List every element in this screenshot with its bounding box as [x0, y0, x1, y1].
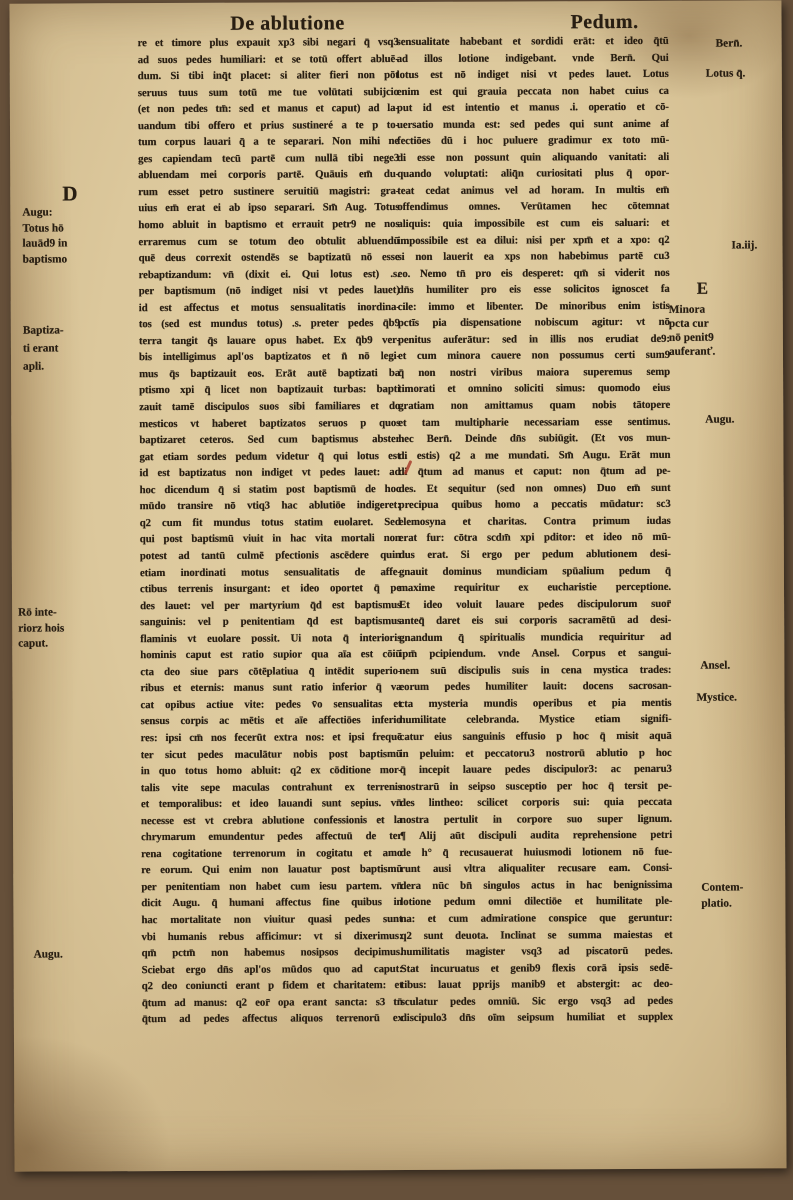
- margin-note-line: apli.: [23, 357, 135, 375]
- margin-note-augustinus-right: Augu.: [705, 412, 785, 428]
- text-line: ges capiendam tecū partē cum nullā tibi …: [138, 150, 399, 168]
- text-line: humilitatis magister vsq3 ad piscatorū p…: [401, 943, 673, 961]
- text-line: dus erat. Si ergo per pedum ablutionem d…: [399, 546, 671, 564]
- text-line: discipulo3 dn̄s oīm seipsum humiliat et …: [401, 1009, 673, 1027]
- text-line: ad illos lotione indigebant. vnde Bern̄.…: [397, 49, 669, 67]
- running-header-left: De ablutione: [202, 12, 372, 36]
- text-line: de h° q̄ recusauerat huiusmodi lotionem …: [400, 844, 672, 862]
- text-line: etiam inordinati motus sensualitatis de …: [140, 563, 401, 581]
- text-line: timorati et omnino soliciti simus: quomo…: [398, 380, 670, 398]
- text-line: vbi humanis rebus afficimur: vt si dixer…: [141, 928, 402, 946]
- margin-note-line: Minora: [669, 302, 793, 317]
- margin-note-lotus-quis: Lotus q̄.: [706, 66, 793, 82]
- text-line: rum esset petro sustinere seruitiū magis…: [138, 183, 399, 201]
- text-line: et tam multipharie necessariam esse sent…: [398, 413, 670, 431]
- text-line: rebaptizandum: vn̄ (dixit ei. Qui lotus …: [139, 266, 400, 284]
- text-line: q2 deo coniuncti erant p fidem et charit…: [142, 977, 403, 995]
- margin-note-baptizati-erant-apostoli: Baptiza-ti erantapli.: [23, 321, 135, 375]
- margin-note-line: Baptiza-: [23, 321, 135, 339]
- signature-mark-e: E: [697, 279, 708, 299]
- text-line: nostrarū in seipso susceptio per hoc q̄ …: [400, 777, 672, 795]
- text-line: teat cedat animus vel ad horam. In multi…: [397, 182, 669, 200]
- text-line: baptizaret ceteros. Sed cum baptismus ab…: [139, 431, 400, 449]
- text-line: lotus est nō indiget nisi vt pedes lauet…: [397, 66, 669, 84]
- text-line: potest ad tantū culmē pfectionis ascēder…: [140, 547, 401, 565]
- text-line: si non lauerit ea xps non habebimus part…: [398, 248, 670, 266]
- margin-note-line: Ia.iij.: [731, 238, 791, 254]
- text-line: offendimus omnes. Verūtamen hec cōtemnat: [397, 198, 669, 216]
- text-line: mūdo transire nō vtiq3 hac ablutiōe indi…: [140, 497, 401, 515]
- text-line: des lintheo: scilicet corporis sui: quia…: [400, 794, 672, 812]
- text-line: q2 cum fit mundus totus statim euolaret.…: [140, 514, 401, 532]
- margin-note-line: ti erant: [23, 339, 135, 357]
- margin-note-line: Mystice.: [696, 690, 786, 706]
- text-line: ter sicut pedes maculātur nobis post bap…: [141, 746, 402, 764]
- text-line: runt ausi vltra aliqualiter recusare eam…: [400, 860, 672, 878]
- text-line: gnauit dominus mundiciam spūalium pedum …: [399, 562, 671, 580]
- text-line: aliquis: quia impossibile est cum eis sa…: [397, 215, 669, 233]
- text-line: catur eius sanguinis effusio p hoc q̄ mi…: [400, 728, 672, 746]
- text-line: ribus et eternis: manus sunt ratio infer…: [140, 679, 401, 697]
- margin-note-contemplatio: Contem-platio.: [701, 880, 791, 911]
- text-line: nem suū discipulis suis in cena mystica …: [399, 662, 671, 680]
- text-line: id est affectus et motus sensualitatis i…: [139, 299, 400, 317]
- margin-note-line: caput.: [18, 636, 136, 652]
- book-photo: De ablutione Pedum. re et timore plus ex…: [0, 0, 793, 1200]
- text-line: cta deo siue pars cōtēplatiua q̄ intēdit…: [140, 663, 401, 681]
- text-line: ad suos pedes humiliari: et se totū offe…: [138, 51, 399, 69]
- text-line: q̄ non nostri viribus maiora superemus s…: [398, 364, 670, 382]
- text-line: mesticos vt haberet baptizatos seruos p …: [139, 415, 400, 433]
- margin-note-line: Augu.: [34, 947, 134, 963]
- text-line: ctibus terrenis insurgant: et ideo oport…: [140, 580, 401, 598]
- text-line: res: ipsi cm̄ nos fecerūt extra nos: et …: [141, 729, 402, 747]
- margin-note-bernardus: Bern̄.: [716, 36, 793, 52]
- text-line: dicit Augu. q̄ humani affectus fine quib…: [141, 894, 402, 912]
- text-line: per baptismum (nō indiget nisi vt pedes …: [139, 282, 400, 300]
- text-line: sensualitate habebant et sordidi erāt: e…: [397, 33, 669, 51]
- running-header-right: Pedum.: [544, 11, 664, 35]
- text-line: sensus corpis ac mētis et aīe affectiōes…: [141, 712, 402, 730]
- text-line: talis vite sepe maculas contrahunt ex te…: [141, 779, 402, 797]
- margin-note-anselmus: Ansel.: [700, 658, 780, 674]
- text-line: ipm̄ pcipiendum. vnde Ansel. Corpus et s…: [399, 645, 671, 663]
- text-line: uandum tibi offero et prius sustineré a …: [138, 117, 399, 135]
- margin-note-line: Totus hō: [22, 221, 134, 237]
- margin-note-minora-peccata: Minorapcta curnō penit9auferanť.: [669, 302, 793, 359]
- margin-note-line: nō penit9: [669, 330, 793, 345]
- text-line: dum. Si tibi inq̄t placet: si aliter fie…: [138, 67, 399, 85]
- text-line: re eorum. Qui enim non lauatur post bapt…: [141, 861, 402, 879]
- text-line: in peluim: et peccatoru3 nostrorū abluti…: [400, 744, 672, 762]
- text-line: sculatur pedes omniū. Sic ergo vsq3 ad p…: [401, 993, 673, 1011]
- text-line: put id est intentio et manus .i. operati…: [397, 99, 669, 117]
- text-line: necesse est vt crebra ablutione confessi…: [141, 812, 402, 830]
- text-line: qm̄ pctm̄ non habemus nosipsos decipimus…: [142, 944, 403, 962]
- text-line: tibus: lauat pprijs manib9 et abstergit:…: [401, 976, 673, 994]
- margin-note-line: platio.: [701, 896, 791, 912]
- text-line: hoc dicendum q̄ si statim post baptismū …: [140, 481, 401, 499]
- margin-note-line: Augu.: [705, 412, 785, 428]
- text-line: Stat incuruatus et genib9 flexis corā ip…: [401, 959, 673, 977]
- text-line: in quo totus homo abluit: q2 ex cōdition…: [141, 762, 402, 780]
- margin-note-line: Contem-: [701, 880, 791, 896]
- text-line: anteq̄ daret eis sui corporis sacramētū …: [399, 612, 671, 630]
- text-line: et cum minora cauere non possumus certi …: [398, 347, 670, 365]
- text-line: ¶ Alij aūt discipuli audita reprehension…: [400, 827, 672, 845]
- margin-note-line: riorz hois: [18, 621, 136, 637]
- text-line: tum corpus lauari q̄ a te separari. Non …: [138, 133, 399, 151]
- text-line: gratiam non amittamus quam nobis tātoper…: [398, 397, 670, 415]
- text-line: dera nūc bn̄ singulos actus in hac benig…: [400, 877, 672, 895]
- margin-note-mystice: Mystice.: [696, 690, 786, 706]
- page-paper: De ablutione Pedum. re et timore plus ex…: [9, 0, 786, 1171]
- margin-note-line: auferanť.: [669, 344, 793, 359]
- text-line: erraremus cum se totum deo obtulit ablue…: [138, 233, 399, 251]
- text-line: terra tangit q̄s lauare opus habet. Ex q…: [139, 332, 400, 350]
- text-line: abluendam mei corporis partē. Quāuis em̄…: [138, 166, 399, 184]
- text-line: id est baptizatus non indiget vt pedes l…: [139, 464, 400, 482]
- text-line: ptismo xpi q̄ licet non baptizauit turba…: [139, 381, 400, 399]
- margin-note-line: Rō inte-: [18, 605, 136, 621]
- text-line: na: et cum admiratione conspice que geru…: [400, 910, 672, 928]
- text-line: gnandum q̄ spiritualis mundicia requirit…: [399, 628, 671, 646]
- text-line: fectiōes dū i hoc puluere gradimur ex to…: [397, 132, 669, 150]
- text-line: tos (sed est mundus totus) .s. preter pe…: [139, 315, 400, 333]
- text-line: q̄tum ad pedes affectus aliquos terrenor…: [142, 1010, 403, 1028]
- text-line: per penitentiam non habet cum iesu parte…: [141, 878, 402, 896]
- text-line: seruus tuus sum totū me tue volūtati sub…: [138, 84, 399, 102]
- margin-note-line: Bern̄.: [716, 36, 793, 52]
- text-line: hec Bern̄. Deinde dn̄s subiūgit. (Et vos…: [398, 430, 670, 448]
- margin-note-line: Augu:: [22, 205, 134, 221]
- text-line: q̄ incepit lauare pedes discipulor3: ac …: [400, 761, 672, 779]
- text-line: mus q̄s baptizauit eos. Erāt autē baptiz…: [139, 365, 400, 383]
- margin-note-line: Lotus q̄.: [706, 66, 793, 82]
- text-line: flaminis vt euolare possit. Ui nota q̄ i…: [140, 630, 401, 648]
- text-line: hominis caput est ratio supior qua aīa e…: [140, 646, 401, 664]
- text-column-left: re et timore plus expauit xp3 sibi negar…: [138, 34, 403, 1028]
- text-line: (et non pedes tm̄: sed et manus et caput…: [138, 100, 399, 118]
- text-line: rena cogitatione terrenorum in cogitatu …: [141, 845, 402, 863]
- text-line: nostra pertulit in corpore suo super lig…: [400, 811, 672, 829]
- text-line: quē deus correxit ostendēs se baptizatū …: [139, 249, 400, 267]
- text-line: zauit tamē discipulos suos sibi familiar…: [139, 398, 400, 416]
- text-line: Et ideo voluit lauare pedes discipulorum…: [399, 595, 671, 613]
- text-line: cile: immo et libenter. De minoribus eni…: [398, 298, 670, 316]
- text-line: elemosyna et charitas. Contra primum iud…: [399, 513, 671, 531]
- text-line: uius em̄ erat ei ab ipso separari. Sm̄ A…: [138, 199, 399, 217]
- text-line: bis intelligimus apl'os baptizatos et n̄…: [139, 348, 400, 366]
- text-line: chrymarum emundentur pedes affectuū de t…: [141, 828, 402, 846]
- text-line: maxime requiritur ex eucharistie percept…: [399, 579, 671, 597]
- margin-note-ratio-interior-hominis-caput: Rō inte-riorz hoiscaput.: [18, 605, 136, 652]
- margin-note-augustinus-baptismo: Augu:Totus hōlauād9 inbaptismo: [22, 205, 134, 267]
- text-line: sanguinis: vel p penitentiam q̄d est bap…: [140, 613, 401, 631]
- text-line: impossibile est ea dilui: nisi per xpm̄ …: [397, 231, 669, 249]
- margin-note-iacobi-iii: Ia.iij.: [731, 238, 791, 254]
- text-line: q̄tum ad manus: q2 eor̄ opa erant sancta…: [142, 994, 403, 1012]
- text-line: penitus auferātur: sed in illis nos erud…: [398, 331, 670, 349]
- margin-note-line: baptismo: [23, 252, 135, 268]
- margin-note-line: Ansel.: [700, 658, 780, 674]
- text-line: pctīs pia dispensatione nobiscum agitur:…: [398, 314, 670, 332]
- text-line: qui post baptismū viuit in hac vita mort…: [140, 530, 401, 548]
- margin-note-line: pcta cur: [669, 316, 793, 331]
- text-line: di estis) q2 a me mundati. Sm̄ Augu. Erā…: [398, 446, 670, 464]
- text-column-right: sensualitate habebant et sordidi erāt: e…: [397, 33, 673, 1027]
- text-line: q2 sunt deuota. Inclinat se summa maiest…: [400, 926, 672, 944]
- text-line: cat opibus actiue vite: pedes v̄o sensua…: [140, 696, 401, 714]
- text-line: quando voluptati: aliq̄n curiositati plu…: [397, 165, 669, 183]
- text-line: precipua quibus homo a peccatis mūdatur:…: [399, 496, 671, 514]
- text-line: lotione pedum omni dilectiōe et humilita…: [400, 893, 672, 911]
- margin-initial-d: D: [62, 181, 77, 206]
- text-line: di esse non possunt quin aliquando vanit…: [397, 149, 669, 167]
- text-line: dn̄s humiliter pro eis esse solicitos ig…: [398, 281, 670, 299]
- text-line: uersatio munda est: sed pedes qui sunt a…: [397, 116, 669, 134]
- text-line: homo abluit in baptismo et errauit petr9…: [138, 216, 399, 234]
- text-line: enim est qui grauia peccata non habet cu…: [397, 82, 669, 100]
- text-line: eo. Nemo tn̄ pro eis desperet: qm̄ si vi…: [398, 264, 670, 282]
- text-line: eorum pedes humiliter lauit: docens sacr…: [399, 678, 671, 696]
- text-line: humilitate celebranda. Mystice etiam sig…: [400, 711, 672, 729]
- text-line: re et timore plus expauit xp3 sibi negar…: [138, 34, 399, 52]
- text-line: des lauet: vel per martyrium q̄d est bap…: [140, 597, 401, 615]
- margin-note-augustinus-2: Augu.: [34, 947, 134, 963]
- text-line: gat etiam sordes pedum videtur q̄ qui lo…: [139, 448, 400, 466]
- text-line: des. Et sequitur (sed non omnes) Duo em̄…: [399, 480, 671, 498]
- text-line: erat fur: cōtra scdm̄ xpi pditor: et ide…: [399, 529, 671, 547]
- text-line: cta mysteria mundis operibus et pia ment…: [399, 695, 671, 713]
- text-line: et temporalibus: et ideo lauandi sunt se…: [141, 795, 402, 813]
- margin-note-line: lauād9 in: [22, 236, 134, 252]
- text-line: di q̄tum ad manus et caput: non q̄tum ad…: [398, 463, 670, 481]
- text-line: Sciebat ergo dn̄s apl'os mūdos quo ad ca…: [142, 961, 403, 979]
- text-line: hac mortalitate non viuitur quasi pedes …: [141, 911, 402, 929]
